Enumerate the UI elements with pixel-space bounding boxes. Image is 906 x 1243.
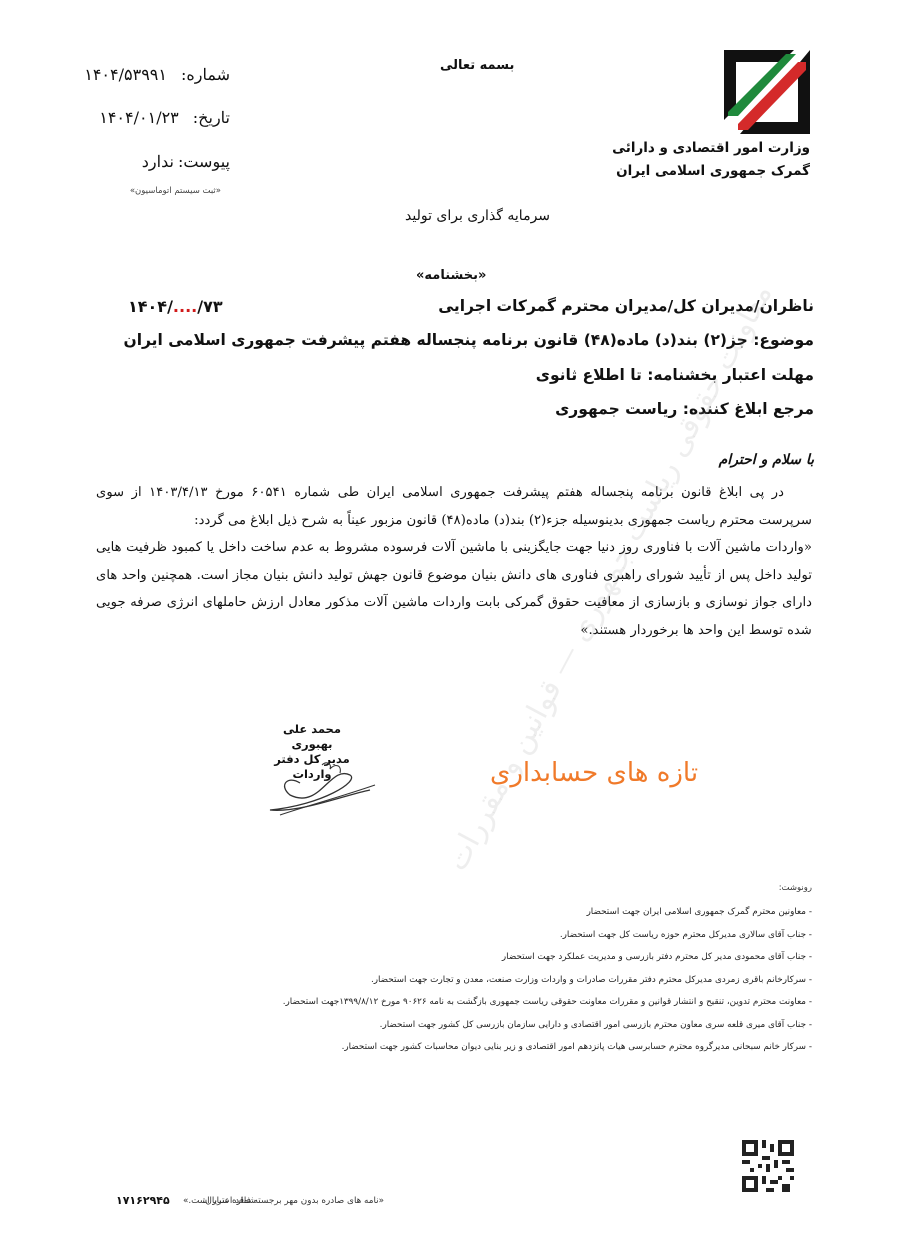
cc-item: - سرکار خانم سبحانی مدیرگروه محترم حسابر… <box>283 1036 812 1059</box>
cc-item: - جناب آقای سالاری مدیرکل محترم حوزه ریا… <box>283 924 812 947</box>
letter-date-label: تاریخ: <box>193 108 230 127</box>
reference-line: مرجع ابلاغ کننده: ریاست جمهوری <box>555 400 814 418</box>
letter-number-row: شماره: ۱۴۰۴/۵۳۹۹۱ <box>84 65 230 84</box>
attachment-label: پیوست: <box>178 152 230 171</box>
cc-item: - معاونین محترم گمرک جمهوری اسلامی ایران… <box>283 901 812 924</box>
bismillah-heading: بسمه تعالی <box>440 58 514 73</box>
circular-title: «بخشنامه» <box>416 268 486 283</box>
handwritten-signature-icon <box>260 755 380 829</box>
cc-item: - جناب آقای محمودی مدیر کل محترم دفتر با… <box>283 946 812 969</box>
signatory-name: محمد علی بهبوری <box>262 722 362 752</box>
letter-date-row: تاریخ: ۱۴۰۴/۰۱/۲۳ <box>99 108 230 127</box>
validity-line: مهلت اعتبار بخشنامه: تا اطلاع ثانوی <box>536 366 814 384</box>
customs-name: گمرک جمهوری اسلامی ایران <box>616 163 810 179</box>
subject-line: موضوع: جز(۲) بند(د) ماده(۴۸) قانون برنام… <box>124 331 815 349</box>
letter-number-value: ۱۴۰۴/۵۳۹۹۱ <box>84 65 167 84</box>
serial-value: ۱۷۱۶۲۹۴۵ <box>116 1194 170 1207</box>
cc-item: - سرکارخانم باقری زمردی مدیرکل محترم دفت… <box>283 969 812 992</box>
cc-list: - معاونین محترم گمرک جمهوری اسلامی ایران… <box>283 901 812 1059</box>
cc-title: رونوشت: <box>779 883 812 893</box>
attachment-row: پیوست: ندارد <box>142 152 230 171</box>
slogan: سرمایه گذاری برای تولید <box>405 208 550 224</box>
brand-overlay-text: تازه های حسابداری <box>490 758 698 788</box>
letter-date-value: ۱۴۰۴/۰۱/۲۳ <box>99 108 179 127</box>
customs-logo-icon <box>724 50 810 134</box>
attachment-value: ندارد <box>142 152 174 171</box>
body-quote-paragraph: «واردات ماشین آلات با فناوری روز دنیا جه… <box>96 534 812 644</box>
letter-number-label: شماره: <box>181 65 230 84</box>
cc-item: - معاونت محترم تدوین، تنقیح و انتشار قوا… <box>283 991 812 1014</box>
serial-label: شماره سریال: <box>203 1196 257 1206</box>
body-intro-paragraph: در پی ابلاغ قانون برنامه پنجساله هفتم پی… <box>96 479 812 534</box>
circular-number-prefix: /۷۳ <box>197 297 222 316</box>
cc-item: - جناب آقای میری قلعه سری معاون محترم با… <box>283 1014 812 1037</box>
recipients-line: ناظران/مدیران کل/مدیران محترم گمرکات اجر… <box>438 297 814 315</box>
ministry-name: وزارت امور اقتصادی و دارائی <box>612 140 810 156</box>
qr-code-icon <box>742 1140 794 1192</box>
automation-note: «ثبت سیستم اتوماسیون» <box>130 186 221 196</box>
circular-number: /۱۴۰۴ ۱۴۰۴/..../۷۳ <box>128 297 223 316</box>
circular-number-year-display: ۱۴۰۴/ <box>128 297 173 316</box>
circular-number-blank: .... <box>173 297 197 316</box>
greeting: با سلام و احترام <box>719 452 814 468</box>
